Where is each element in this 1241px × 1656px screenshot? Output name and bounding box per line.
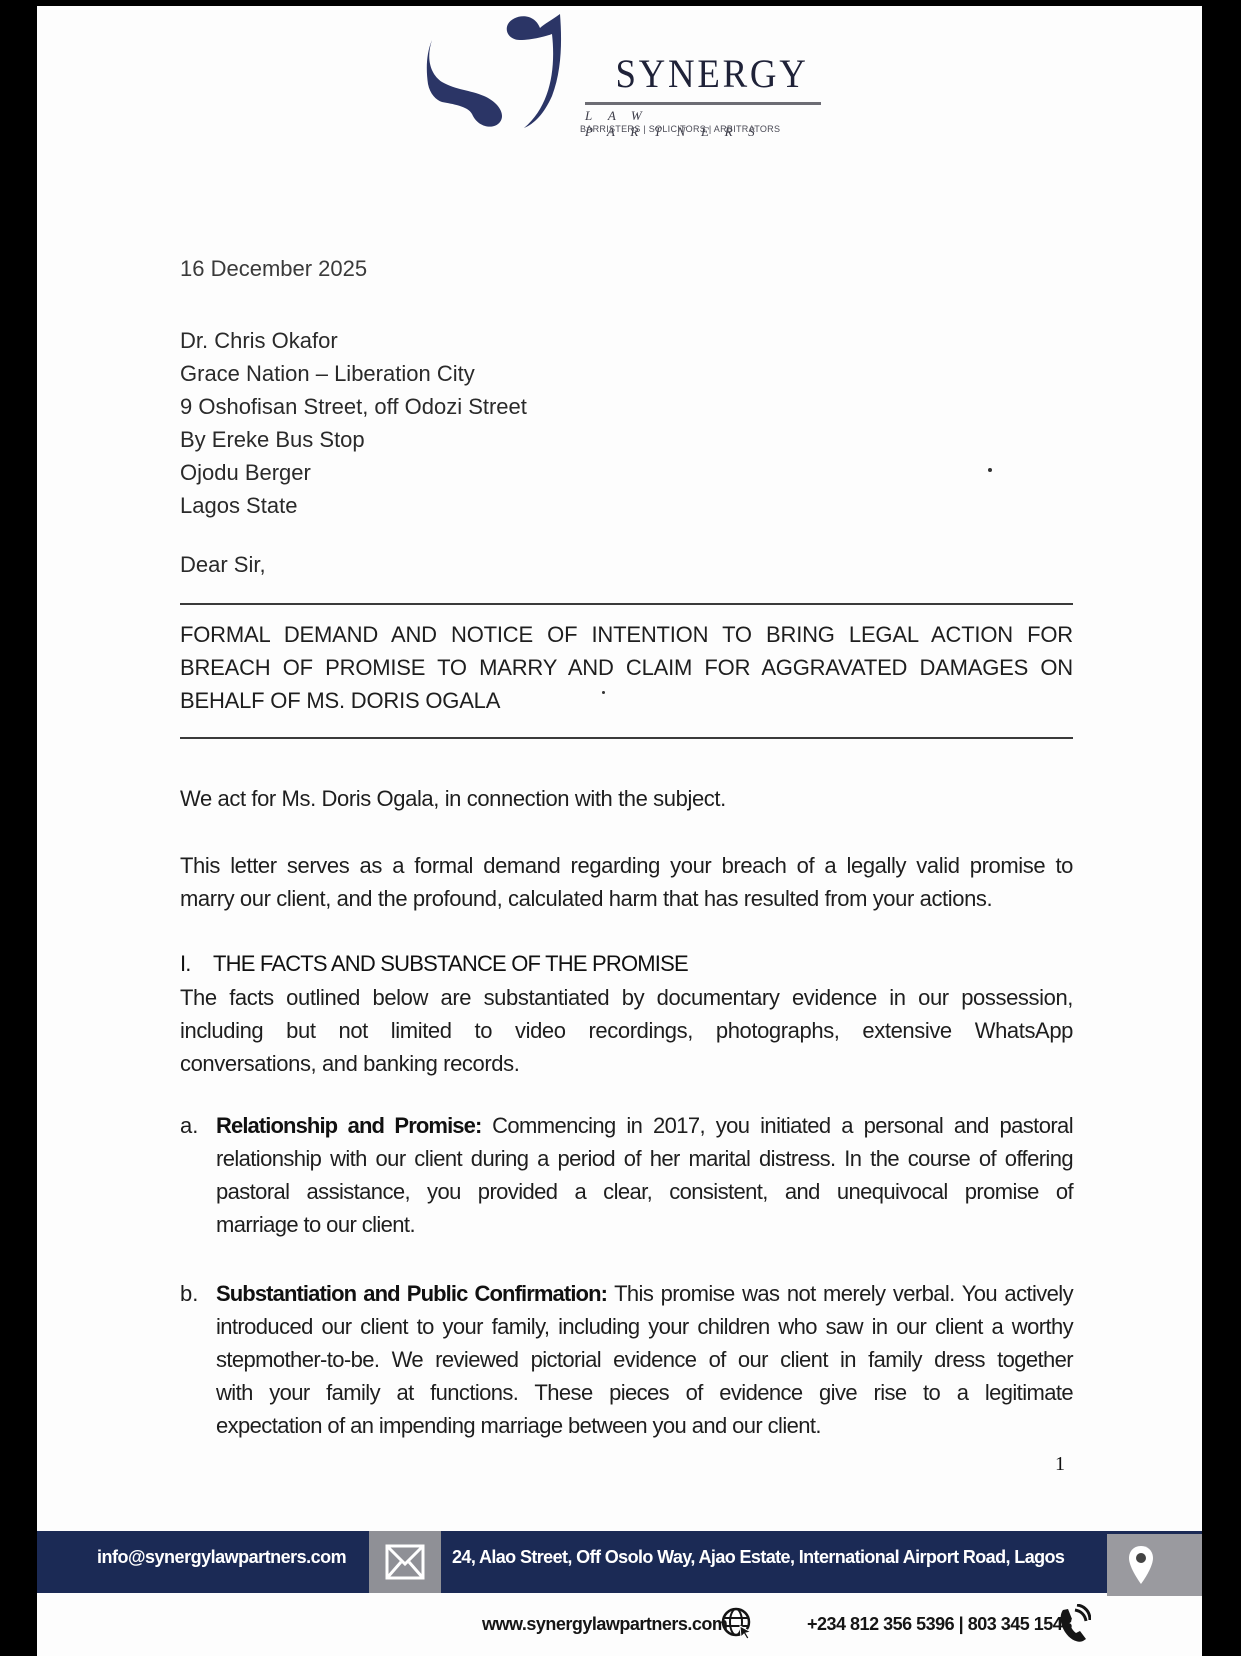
phone-icon (1057, 1604, 1091, 1644)
recipient-line: By Ereke Bus Stop (180, 423, 527, 456)
subject-line: BREACH OF PROMISE TO MARRY AND CLAIM FOR… (180, 651, 1073, 684)
item-title: Relationship and Promise: (216, 1113, 481, 1138)
subject-line: FORMAL DEMAND AND NOTICE OF INTENTION TO… (180, 618, 1073, 651)
paragraph-line: including but not limited to video recor… (180, 1014, 1073, 1047)
item-title: Substantiation and Public Confirmation: (216, 1281, 607, 1306)
item-line: with your family at functions. These pie… (216, 1376, 1073, 1409)
paragraph-line: conversations, and banking records. (180, 1051, 519, 1076)
recipient-line: Dr. Chris Okafor (180, 324, 527, 357)
firm-tagline: BARRISTERS | SOLICITORS | ARBITRATORS (580, 124, 818, 135)
recipient-line: Lagos State (180, 489, 527, 522)
salutation: Dear Sir, (180, 552, 266, 578)
recipient-line: Ojodu Berger (180, 456, 527, 489)
page-number: 1 (1055, 1453, 1065, 1476)
section-heading: I.THE FACTS AND SUBSTANCE OF THE PROMISE (180, 951, 688, 977)
envelope-icon (385, 1544, 425, 1580)
item-line: pastoral assistance, you provided a clea… (216, 1175, 1073, 1208)
facts-paragraph: The facts outlined below are substantiat… (180, 981, 1073, 1080)
item-line: introduced our client to your family, in… (216, 1310, 1073, 1343)
location-pin-icon (1127, 1544, 1155, 1586)
item-line: expectation of an impending marriage bet… (216, 1409, 1073, 1442)
paragraph-line: This letter serves as a formal demand re… (180, 849, 1073, 882)
recipient-line: Grace Nation – Liberation City (180, 357, 527, 390)
scan-speck (988, 468, 992, 472)
firm-name: SYNERGY (597, 50, 827, 97)
envelope-icon-box (369, 1531, 441, 1593)
footer-email-link[interactable]: info@synergylawpartners.com (97, 1547, 346, 1568)
section-title: THE FACTS AND SUBSTANCE OF THE PROMISE (213, 951, 688, 976)
item-line: stepmother-to-be. We reviewed pictorial … (216, 1343, 1073, 1376)
footer-website-link[interactable]: www.synergylawpartners.com (482, 1614, 727, 1635)
list-item: a. Relationship and Promise: Commencing … (180, 1109, 1073, 1241)
globe-cursor-icon (720, 1606, 754, 1640)
brand-divider (585, 102, 821, 105)
purpose-paragraph: This letter serves as a formal demand re… (180, 849, 1073, 915)
paragraph-line: marry our client, and the profound, calc… (180, 886, 992, 911)
intro-paragraph: We act for Ms. Doris Ogala, in connectio… (180, 782, 1073, 815)
item-line: marriage to our client. (216, 1208, 1073, 1241)
recipient-line: 9 Oshofisan Street, off Odozi Street (180, 390, 527, 423)
letter-date: 16 December 2025 (180, 256, 367, 282)
item-line: relationship with our client during a pe… (216, 1142, 1073, 1175)
footer-phone: +234 812 356 5396 | 803 345 1548 (807, 1614, 1072, 1635)
item-line: This promise was not merely verbal. You … (614, 1281, 1073, 1306)
subject-bottom-rule (180, 737, 1073, 739)
paragraph-line: The facts outlined below are substantiat… (180, 981, 1073, 1014)
stylized-s-logo-icon (412, 10, 612, 130)
section-number: I. (180, 951, 213, 977)
item-line: Commencing in 2017, you initiated a pers… (492, 1113, 1073, 1138)
list-marker: b. (180, 1277, 216, 1310)
scan-speck (602, 691, 605, 694)
subject-heading: FORMAL DEMAND AND NOTICE OF INTENTION TO… (180, 618, 1073, 717)
list-marker: a. (180, 1109, 216, 1142)
subject-line: BEHALF OF MS. DORIS OGALA (180, 688, 500, 713)
subject-top-rule (180, 603, 1073, 605)
footer-address: 24, Alao Street, Off Osolo Way, Ajao Est… (452, 1547, 1064, 1568)
location-pin-icon-box (1107, 1534, 1202, 1596)
recipient-address: Dr. Chris Okafor Grace Nation – Liberati… (180, 324, 527, 522)
letter-page: SYNERGY LAW PARTNERS BARRISTERS | SOLICI… (37, 6, 1202, 1656)
list-item: b. Substantiation and Public Confirmatio… (180, 1277, 1073, 1442)
